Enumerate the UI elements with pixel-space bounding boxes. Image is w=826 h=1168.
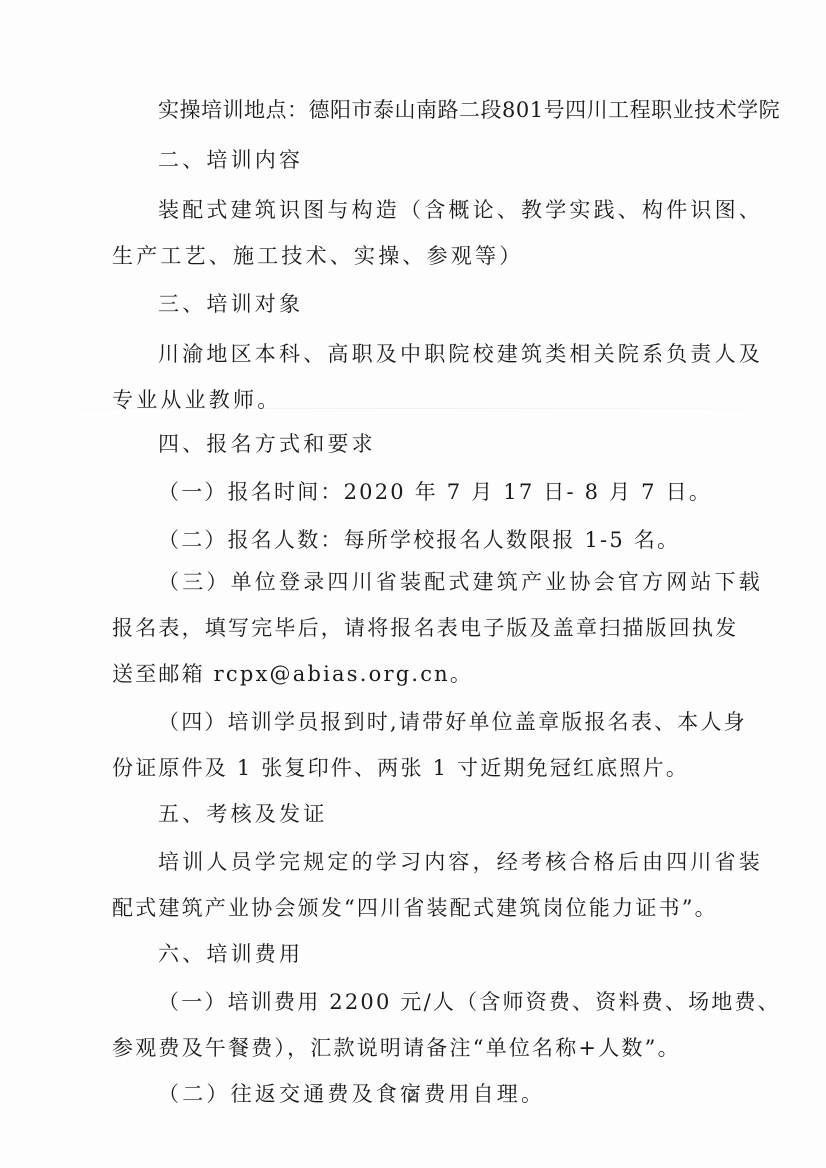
section-heading-audience: 三、培训对象 <box>158 290 303 318</box>
page-number: 2 <box>408 1088 417 1104</box>
audience-paragraph-line-2: 专业从业教师。 <box>112 386 281 414</box>
document-page: 实操培训地点：德阳市泰山南路二段801号四川工程职业技术学院 二、培训内容 装配… <box>0 0 826 1168</box>
registration-method-line-2: 报名表，填写完毕后，请将报名表电子版及盖章扫描版回执发 <box>112 614 738 642</box>
registration-method-line-1: （三）单位登录四川省装配式建筑产业协会官方网站下载 <box>158 568 763 596</box>
fees-item-1-line-1: （一）培训费用 2200 元/人（含师资费、资料费、场地费、 <box>158 988 781 1016</box>
section-heading-certification: 五、考核及发证 <box>158 800 327 828</box>
registration-time-item: （一）报名时间：2020 年 7 月 17 日- 8 月 7 日。 <box>158 478 712 506</box>
fees-item-1-line-2: 参观费及午餐费），汇款说明请备注“单位名称+人数”。 <box>112 1034 681 1062</box>
certification-paragraph-line-2: 配式建筑产业协会颁发“四川省装配式建筑岗位能力证书”。 <box>112 894 718 922</box>
section-heading-content: 二、培训内容 <box>158 146 303 174</box>
fees-item-2: （二）往返交通费及食宿费用自理。 <box>158 1080 545 1108</box>
certification-paragraph-line-1: 培训人员学完规定的学习内容，经考核合格后由四川省装 <box>158 848 763 876</box>
content-paragraph-line-1: 装配式建筑识图与构造（含概论、教学实践、构件识图、 <box>158 196 763 224</box>
section-heading-registration: 四、报名方式和要求 <box>158 430 376 458</box>
registration-count-item: （二）报名人数：每所学校报名人数限报 1-5 名。 <box>158 526 680 554</box>
training-location-line: 实操培训地点：德阳市泰山南路二段801号四川工程职业技术学院 <box>158 96 780 124</box>
registration-documents-line-1: （四）培训学员报到时,请带好单位盖章版报名表、本人身 <box>158 708 747 736</box>
section-heading-fees: 六、培训费用 <box>158 940 303 968</box>
registration-documents-line-2: 份证原件及 1 张复印件、两张 1 寸近期免冠红底照片。 <box>112 754 689 782</box>
content-paragraph-line-2: 生产工艺、施工技术、实操、参观等） <box>112 242 523 270</box>
audience-paragraph-line-1: 川渝地区本科、高职及中职院校建筑类相关院系负责人及 <box>158 340 763 368</box>
registration-email-line: 送至邮箱 rcpx@abias.org.cn。 <box>112 660 473 688</box>
